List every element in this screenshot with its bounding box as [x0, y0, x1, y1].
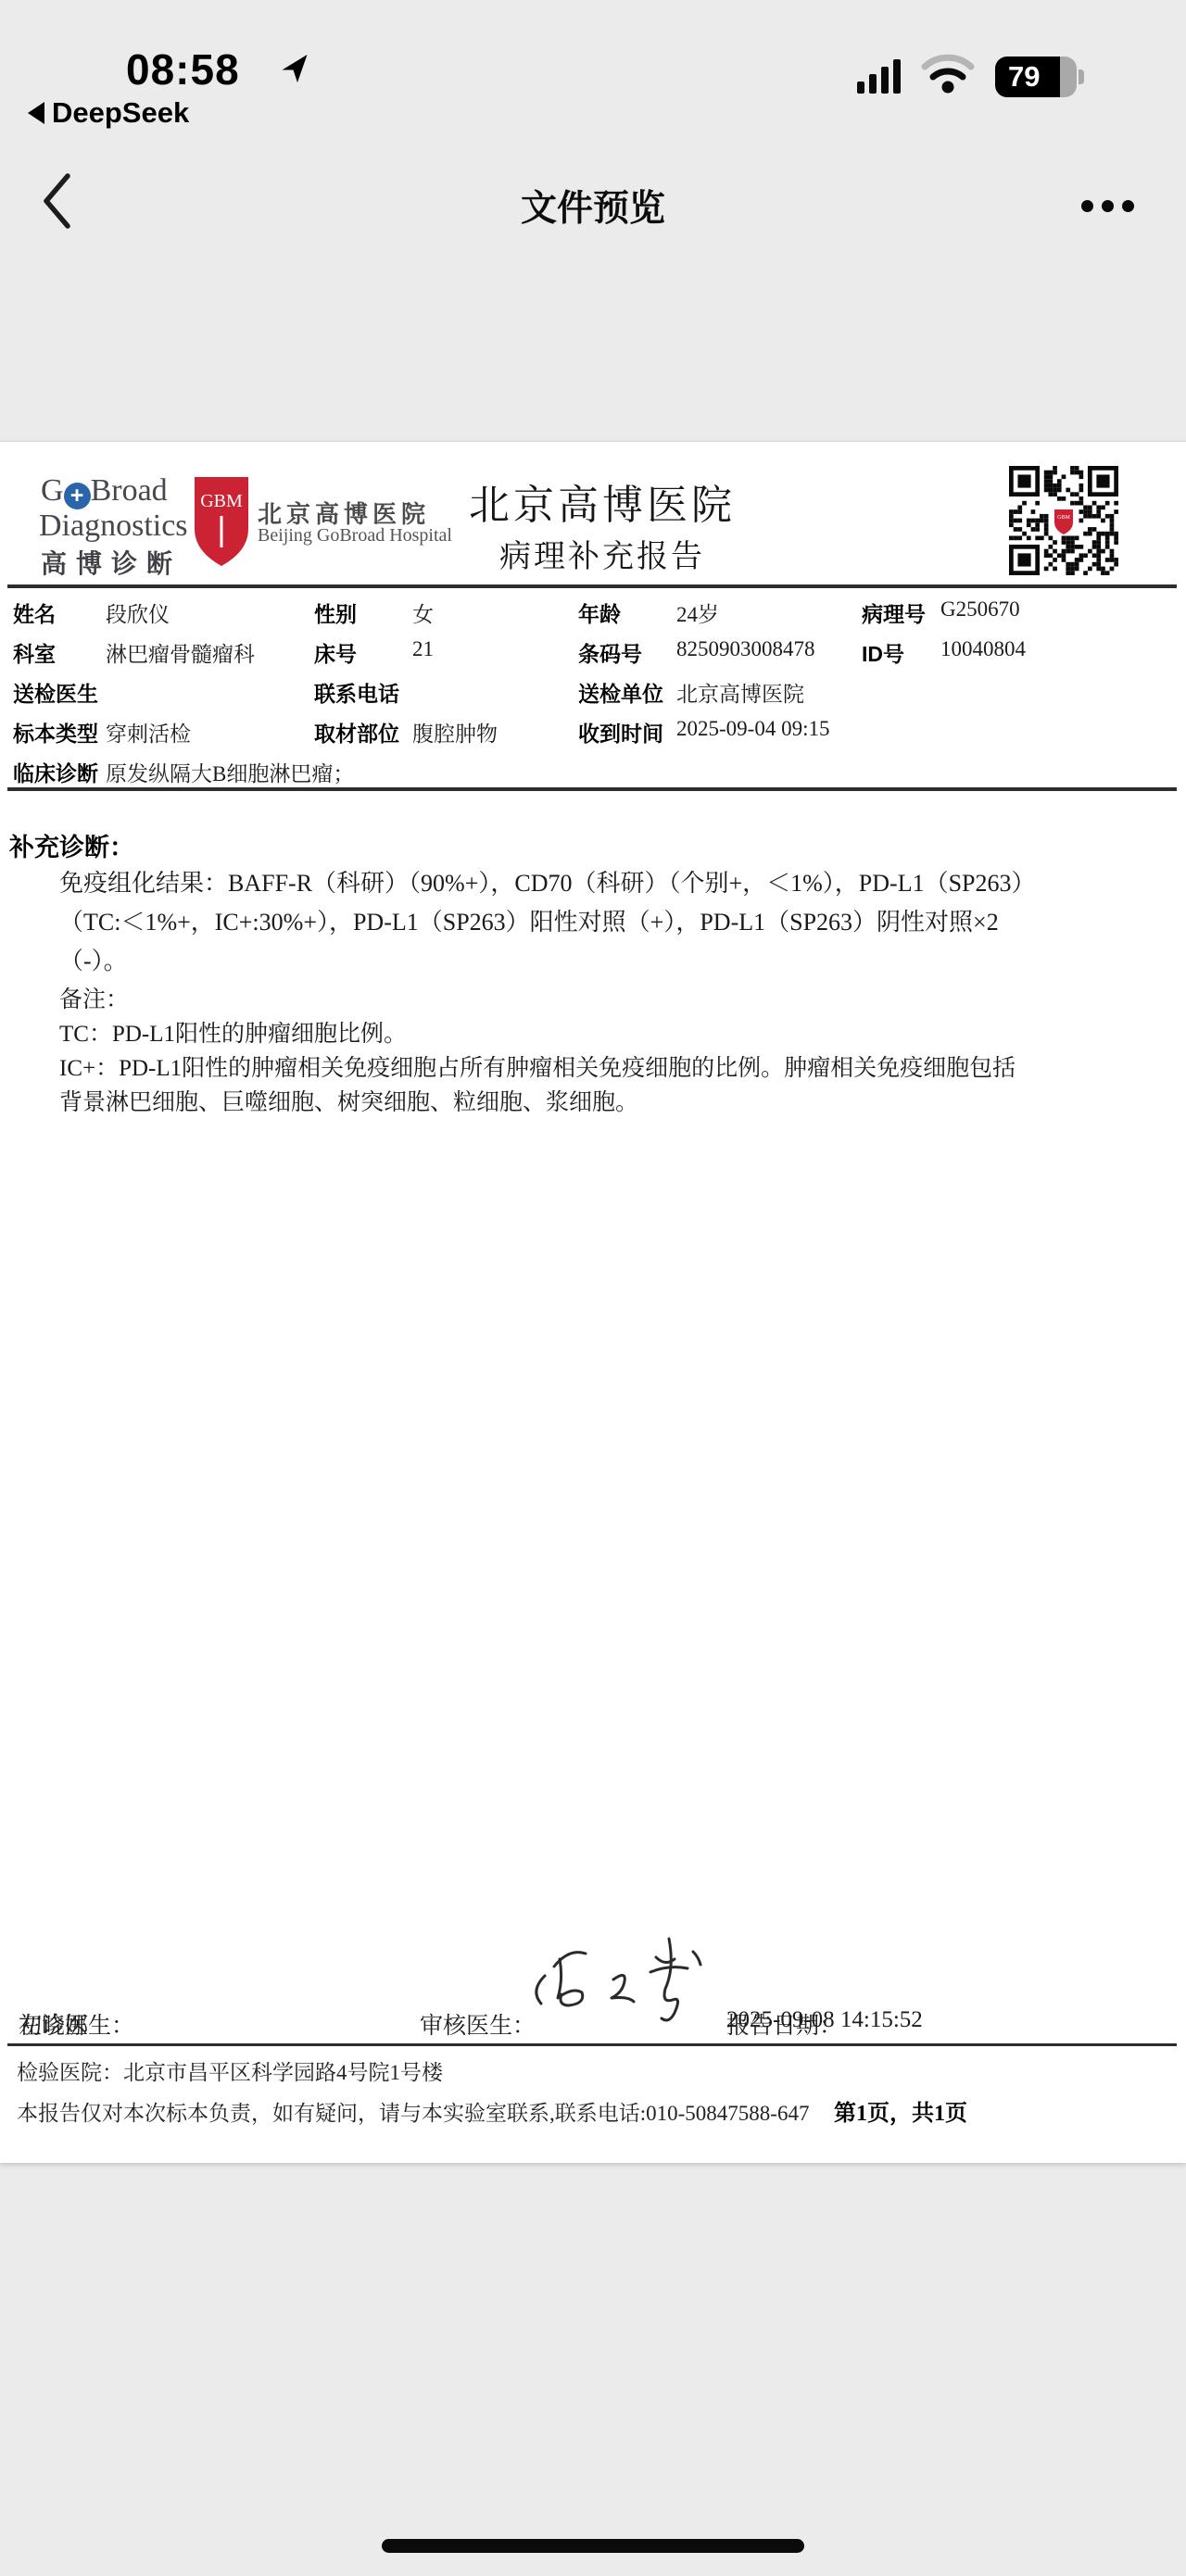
back-to-app-button[interactable]: DeepSeek — [28, 96, 189, 130]
clock: 08:58 — [126, 44, 240, 94]
divider-footer — [7, 2043, 1177, 2046]
svg-text:GBM: GBM — [200, 491, 243, 511]
battery-icon: 79 — [995, 57, 1077, 97]
phone-screen: 08:58 DeepSeek 79 — [0, 0, 1186, 2576]
gobroad-logo-line2: Diagnostics — [39, 509, 188, 544]
lab-address-line: 检验医院：北京市昌平区科学园路4号院1号楼 — [17, 2055, 443, 2086]
table-row: 姓名段欣仪 性别女 年龄24岁 病理号G250670 — [0, 597, 1186, 629]
table-row: 送检医生 联系电话 送检单位北京高博医院 — [0, 677, 1186, 709]
report-hospital-title: 北京高博医院 — [296, 471, 908, 531]
wifi-icon — [921, 54, 975, 99]
report-document: G+Broad Diagnostics 高博诊断 GBM 北京高博医院 Beij… — [0, 442, 1186, 2163]
report-date: 2025-09-08 14:15:52 — [726, 2007, 923, 2033]
section-heading: 补充诊断： — [9, 827, 134, 863]
battery-percent: 79 — [995, 57, 1077, 97]
page-indicator: 第1页，共1页 — [834, 2094, 967, 2127]
table-row: 科室淋巴瘤骨髓瘤科 床号21 条码号8250903008478 ID号10040… — [0, 637, 1186, 669]
table-row: 临床诊断原发纵隔大B细胞淋巴瘤； — [0, 757, 1186, 788]
disclaimer-line: 本报告仅对本次标本负责，如有疑问，请与本实验室联系,联系电话:010-50847… — [17, 2096, 809, 2127]
more-options-button[interactable] — [1081, 200, 1134, 212]
location-arrow-icon — [278, 52, 311, 90]
divider-top — [7, 584, 1177, 588]
gobroad-logo-line3: 高博诊断 — [41, 544, 182, 581]
back-triangle-icon — [28, 102, 44, 124]
nav-bar: 文件预览 — [0, 148, 1186, 269]
status-bar: 08:58 DeepSeek 79 — [0, 0, 1186, 148]
page-title: 文件预览 — [0, 180, 1186, 232]
notes-paragraph: 备注： TC：PD-L1阳性的肿瘤细胞比例。 IC+：PD-L1阳性的肿瘤相关免… — [59, 983, 1162, 1120]
first-doctor-name: 左晓娜 — [19, 2007, 88, 2041]
home-indicator[interactable] — [382, 2539, 804, 2553]
svg-text:GBM: GBM — [1057, 515, 1070, 521]
ihc-result-paragraph: 免疫组化结果：BAFF-R（科研）（90%+），CD70（科研）（个别+，＜1%… — [59, 864, 1162, 981]
report-type-title: 病理补充报告 — [296, 531, 908, 576]
doctors-row: 初诊医生： 左晓娜 审核医生： 报告日期：2025-09-08 14:15:52 — [0, 2007, 1186, 2039]
reviewer-label: 审核医生： — [420, 2007, 536, 2041]
logo-plus-icon: + — [64, 483, 91, 509]
back-app-label: DeepSeek — [52, 96, 189, 130]
cellular-signal-icon — [857, 59, 901, 94]
gobroad-logo-line1: G+Broad — [41, 473, 168, 509]
gbm-shield-icon: GBM — [195, 477, 248, 571]
qr-code: GBM — [1009, 466, 1118, 580]
table-row: 标本类型穿刺活检 取材部位腹腔肿物 收到时间2025-09-04 09:15 — [0, 717, 1186, 748]
